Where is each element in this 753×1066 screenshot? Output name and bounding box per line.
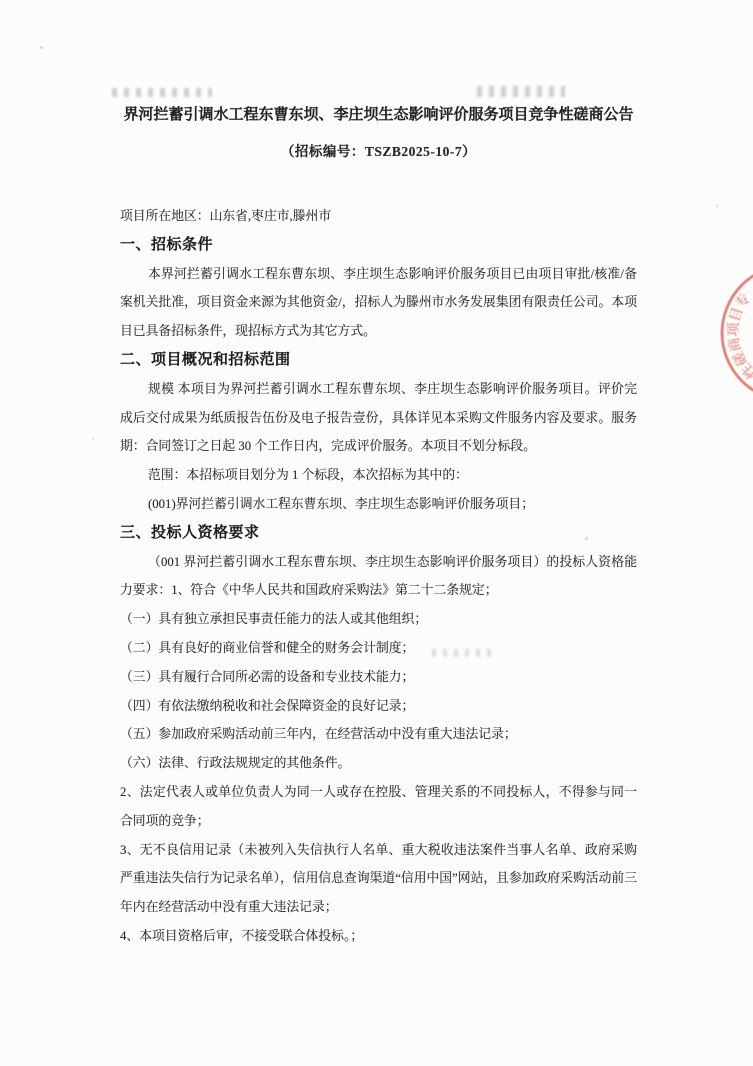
paragraph: （四）有依法缴纳税收和社会保障资金的良好记录； bbox=[120, 692, 637, 721]
document-body: 项目所在地区：山东省,枣庄市,滕州市一、招标条件本界河拦蓄引调水工程东曹东坝、李… bbox=[120, 202, 637, 951]
section-heading: 二、项目概况和招标范围 bbox=[120, 346, 637, 375]
scan-speck bbox=[40, 46, 43, 49]
paragraph: 本界河拦蓄引调水工程东曹东坝、李庄坝生态影响评价服务项目已由项目审批/核准/备案… bbox=[120, 260, 637, 346]
section-heading: 三、投标人资格要求 bbox=[120, 519, 637, 548]
paragraph: （二）具有良好的商业信誉和健全的财务会计制度； bbox=[120, 634, 637, 663]
document-title: 界河拦蓄引调水工程东曹东坝、李庄坝生态影响评价服务项目竞争性磋商公告 bbox=[120, 103, 637, 124]
scan-speck bbox=[92, 438, 94, 440]
paragraph: (001)界河拦蓄引调水工程东曹东坝、李庄坝生态影响评价服务项目； bbox=[120, 490, 637, 519]
paragraph: （五）参加政府采购活动前三年内，在经营活动中没有重大违法记录； bbox=[120, 720, 637, 749]
red-stamp: 性磋商项目专 bbox=[710, 252, 753, 412]
scan-speck bbox=[716, 205, 718, 207]
scan-smudge-top-left bbox=[112, 88, 212, 97]
paragraph: 项目所在地区：山东省,枣庄市,滕州市 bbox=[120, 202, 637, 231]
paragraph: （一）具有独立承担民事责任能力的法人或其他组织； bbox=[120, 605, 637, 634]
scan-smudge-top-right bbox=[477, 86, 565, 97]
paragraph: 2、法定代表人或单位负责人为同一人或存在控股、管理关系的不同投标人，不得参与同一… bbox=[120, 778, 637, 836]
section-heading: 一、招标条件 bbox=[120, 231, 637, 260]
scan-speck bbox=[470, 437, 472, 439]
scan-smudge-middle bbox=[432, 649, 498, 657]
paragraph: 4、本项目资格后审，不接受联合体投标。； bbox=[120, 922, 637, 951]
paragraph: 规模 本项目为界河拦蓄引调水工程东曹东坝、李庄坝生态影响评价服务项目。评价完成后… bbox=[120, 375, 637, 461]
scanned-document-page: { "document": { "title": "界河拦蓄引调水工程东曹东坝、… bbox=[0, 0, 753, 1066]
paragraph: （三）具有履行合同所必需的设备和专业技术能力； bbox=[120, 663, 637, 692]
paragraph: 3、无不良信用记录（未被列入失信执行人名单、重大税收违法案件当事人名单、政府采购… bbox=[120, 836, 637, 922]
tender-number: （招标编号：TSZB2025-10-7） bbox=[120, 140, 637, 160]
scan-speck bbox=[585, 537, 588, 540]
paragraph: （六）法律、行政法规规定的其他条件。 bbox=[120, 749, 637, 778]
paragraph: （001 界河拦蓄引调水工程东曹东坝、李庄坝生态影响评价服务项目）的投标人资格能… bbox=[120, 548, 637, 606]
stamp-arc-label: 性磋商项目专 bbox=[726, 291, 753, 382]
paragraph: 范围：本招标项目划分为 1 个标段，本次招标为其中的： bbox=[120, 461, 637, 490]
